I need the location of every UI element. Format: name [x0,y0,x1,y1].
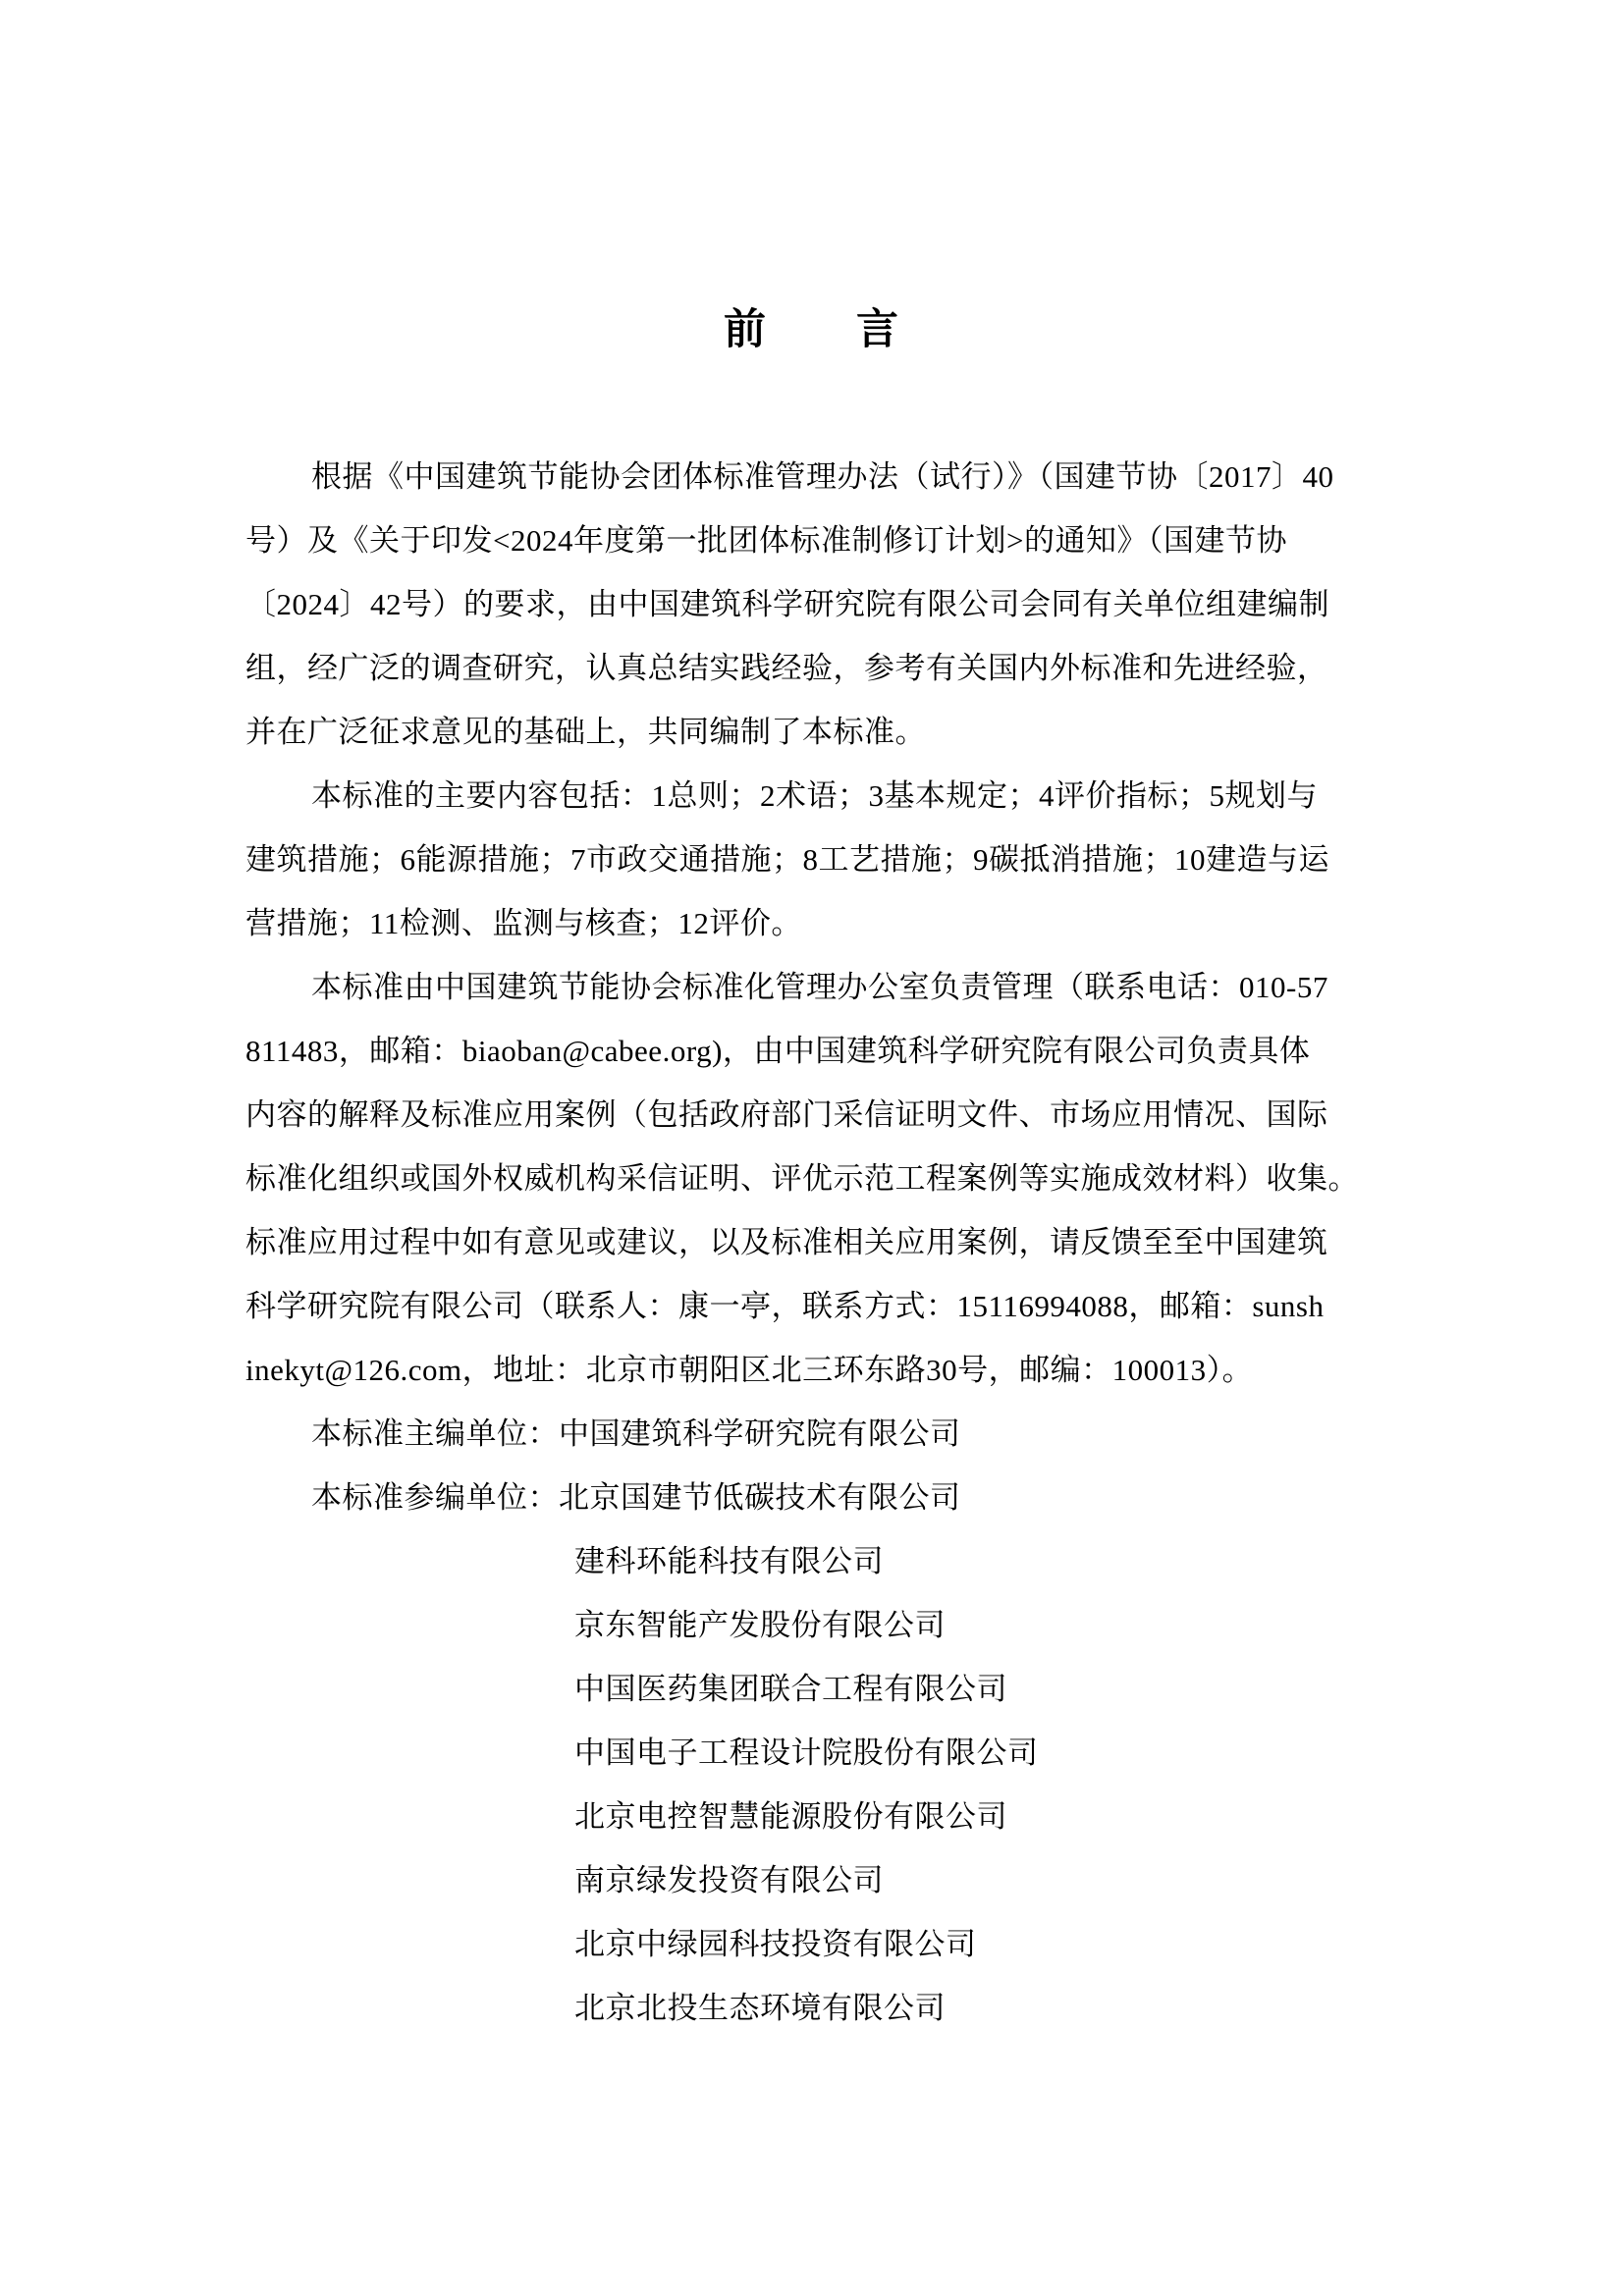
text-line: 号）及《关于印发<2024年度第一批团体标准制修订计划>的通知》（国建节协 [245,508,1394,572]
text-line-participating-unit: 北京北投生态环境有限公司 [245,1976,1394,2040]
text-line: 本标准由中国建筑节能协会标准化管理办公室负责管理（联系电话：010-57 [245,955,1394,1019]
text-line: 组，经广泛的调查研究，认真总结实践经验，参考有关国内外标准和先进经验， [245,636,1394,700]
text-line-participating-unit: 本标准参编单位：北京国建节低碳技术有限公司 [245,1466,1394,1529]
text-line: 内容的解释及标准应用案例（包括政府部门采信证明文件、市场应用情况、国际 [245,1083,1394,1147]
document-page: 前 言 根据《中国建筑节能协会团体标准管理办法（试行）》（国建节协〔2017〕4… [0,0,1624,2296]
text-line-participating-unit: 中国电子工程设计院股份有限公司 [245,1721,1394,1785]
text-line: 811483，邮箱：biaoban@cabee.org)，由中国建筑科学研究院有… [245,1019,1394,1083]
text-line: 〔2024〕42号）的要求，由中国建筑科学研究院有限公司会同有关单位组建编制 [245,572,1394,636]
text-line-participating-unit: 南京绿发投资有限公司 [245,1848,1394,1912]
text-line: 标准化组织或国外权威机构采信证明、评优示范工程案例等实施成效材料）收集。 [245,1147,1394,1210]
text-line-participating-unit: 中国医药集团联合工程有限公司 [245,1657,1394,1721]
document-body: 根据《中国建筑节能协会团体标准管理办法（试行）》（国建节协〔2017〕40 号）… [245,445,1394,2040]
text-line: 并在广泛征求意见的基础上，共同编制了本标准。 [245,700,1394,764]
text-line-participating-unit: 建科环能科技有限公司 [245,1529,1394,1593]
text-line: 根据《中国建筑节能协会团体标准管理办法（试行）》（国建节协〔2017〕40 [245,445,1394,508]
text-line: 本标准的主要内容包括：1总则；2术语；3基本规定；4评价指标；5规划与 [245,764,1394,828]
text-line-participating-unit: 北京中绿园科技投资有限公司 [245,1912,1394,1976]
text-line: 营措施；11检测、监测与核查；12评价。 [245,891,1394,955]
page-title: 前 言 [0,298,1624,362]
text-line: 建筑措施；6能源措施；7市政交通措施；8工艺措施；9碳抵消措施；10建造与运 [245,828,1394,891]
text-line: inekyt@126.com，地址：北京市朝阳区北三环东路30号，邮编：1000… [245,1338,1394,1402]
text-line-chief-editor-unit: 本标准主编单位：中国建筑科学研究院有限公司 [245,1402,1394,1466]
text-line-participating-unit: 北京电控智慧能源股份有限公司 [245,1785,1394,1848]
text-line: 科学研究院有限公司（联系人：康一亭，联系方式：15116994088，邮箱：su… [245,1274,1394,1338]
text-line: 标准应用过程中如有意见或建议，以及标准相关应用案例，请反馈至至中国建筑 [245,1210,1394,1274]
text-line-participating-unit: 京东智能产发股份有限公司 [245,1593,1394,1657]
